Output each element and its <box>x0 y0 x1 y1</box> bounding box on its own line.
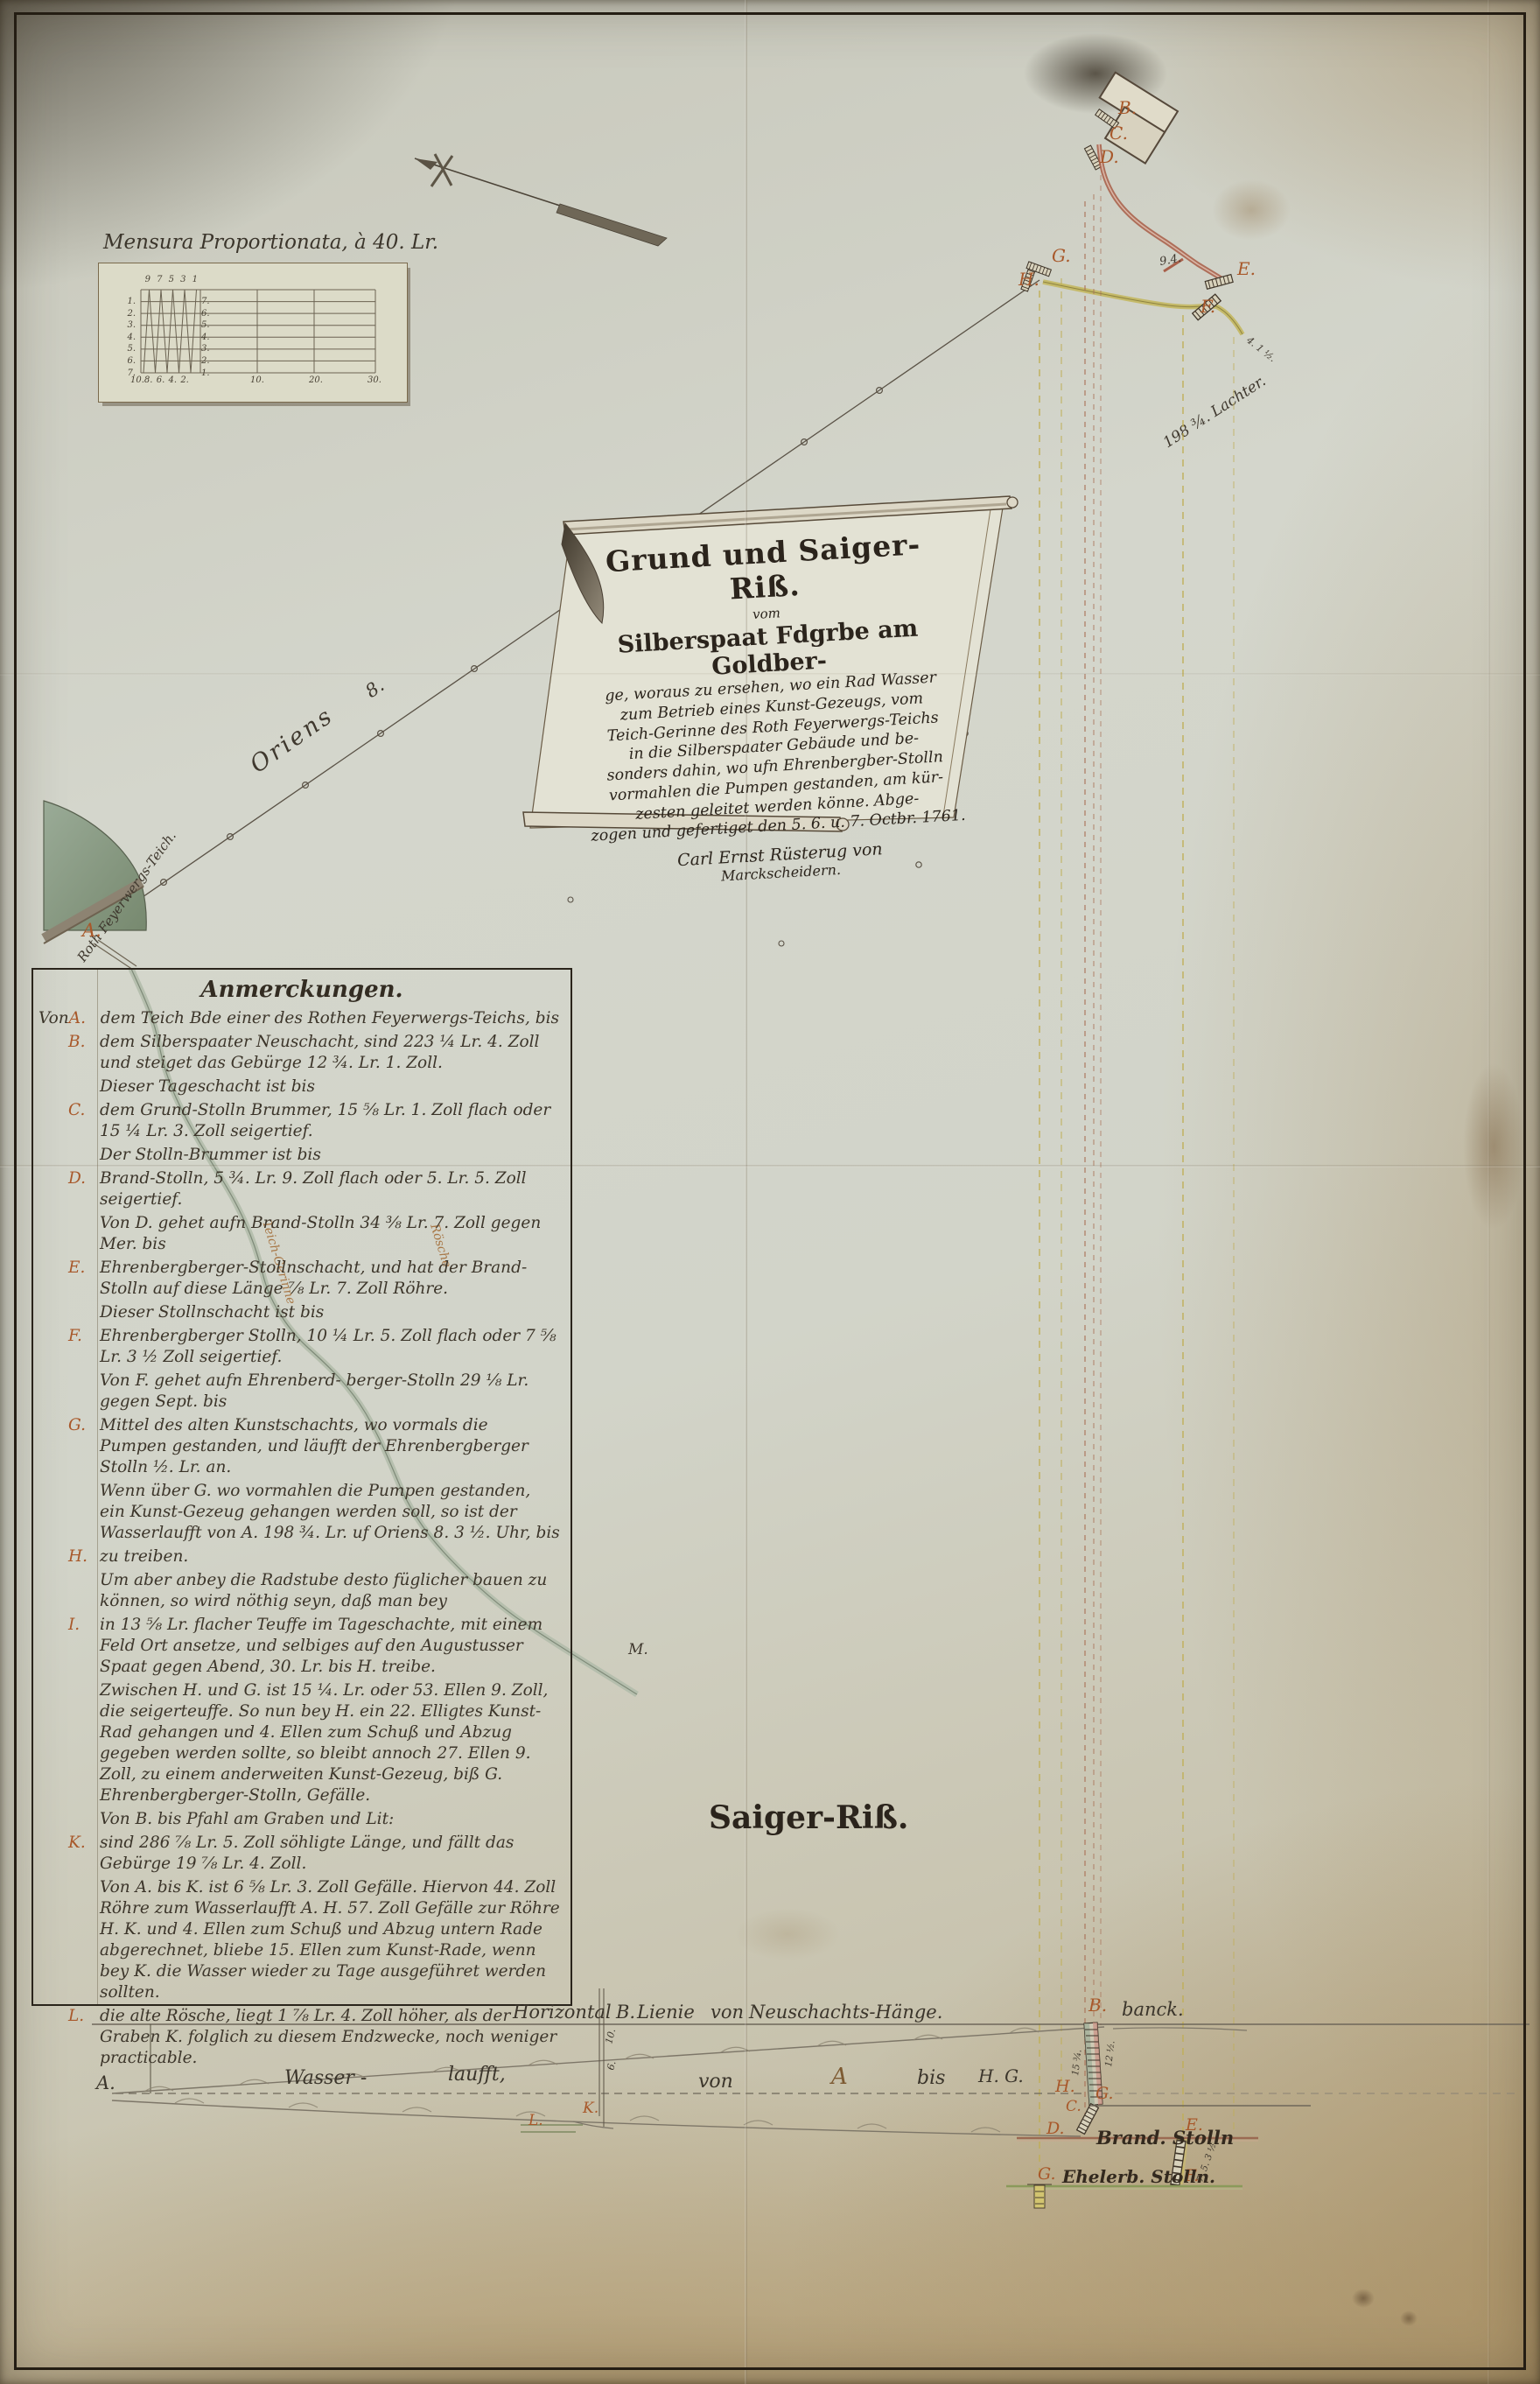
oriens-hour-label: 8. <box>361 675 388 702</box>
pond-point-a: A. <box>80 920 101 941</box>
note-letter <box>68 1213 100 1255</box>
note-prefix <box>38 1168 68 1210</box>
note-text: Von A. bis K. ist 6 ⅝ Lr. 3. Zoll Gefäll… <box>100 1877 560 2003</box>
scale-top-ticks: 97531 <box>142 275 201 284</box>
scale-tick: 2. <box>178 375 191 385</box>
scale-tick: 3. <box>201 343 215 355</box>
note-prefix <box>38 1302 68 1323</box>
note-text: Dieser Stollnschacht ist bis <box>100 1302 560 1323</box>
note-row: Von F. gehet aufn Ehrenberd- berger-Stol… <box>38 1371 560 1413</box>
note-prefix <box>38 1481 68 1544</box>
note-prefix <box>38 1076 68 1097</box>
profile-tiny-5: 6. <box>605 2059 618 2071</box>
scale-bottom-ticks-fine: 10.8.6.4.2. <box>130 375 191 385</box>
note-letter: B. <box>68 1032 100 1074</box>
note-letter <box>68 1680 100 1806</box>
note-row: D. Brand-Stolln, 5 ¾. Lr. 9. Zoll flach … <box>38 1168 560 1210</box>
notes-heading: Anmerckungen. <box>33 977 570 1003</box>
misc-circles <box>568 897 784 946</box>
horizontal-label-3: von <box>710 2002 744 2023</box>
horizontal-label-4: Neuschachts-Hänge. <box>749 2002 942 2023</box>
note-letter: H. <box>68 1546 100 1567</box>
note-prefix <box>38 1032 68 1074</box>
wasser-point-a-mid: A <box>831 2064 848 2090</box>
stain <box>1212 179 1291 241</box>
scale-tick: 4. <box>201 332 215 344</box>
note-row: Der Stolln-Brummer ist bis <box>38 1145 560 1166</box>
note-text: dem Teich Bde einer des Rothen Feyerwerg… <box>101 1008 560 1029</box>
oriens-label: Oriens <box>245 702 339 779</box>
profile-point-d: D. <box>1046 2119 1065 2138</box>
note-text: Zwischen H. und G. ist 15 ¼. Lr. oder 53… <box>100 1680 560 1806</box>
note-prefix: Von <box>38 1008 69 1029</box>
scale-tick: 7 <box>154 275 166 284</box>
note-row: Von A. bis K. ist 6 ⅝ Lr. 3. Zoll Gefäll… <box>38 1877 560 2003</box>
note-row: E. Ehrenbergberger-Stollnschacht, und ha… <box>38 1258 560 1300</box>
note-text: Von F. gehet aufn Ehrenberd- berger-Stol… <box>100 1371 560 1413</box>
scale-tick: 3. <box>127 319 136 332</box>
scale-tick: 6. <box>127 355 136 368</box>
note-letter <box>68 1570 100 1612</box>
note-row: Um aber anbey die Radstube desto füglich… <box>38 1570 560 1612</box>
note-letter: C. <box>68 1100 100 1142</box>
wasser-label-3: von <box>698 2071 733 2093</box>
note-row: H. zu treiben. <box>38 1546 560 1567</box>
plan-point-d: D. <box>1099 146 1119 167</box>
note-prefix <box>38 1546 68 1567</box>
note-text: Ehrenbergberger Stolln, 10 ¼ Lr. 5. Zoll… <box>100 1326 560 1368</box>
profile-point-b: B. <box>1088 1995 1107 2016</box>
note-row: Von A. dem Teich Bde einer des Rothen Fe… <box>38 1008 560 1029</box>
note-row: Von D. gehet aufn Brand-Stolln 34 ⅜ Lr. … <box>38 1213 560 1255</box>
profile-tiny-4: 10. <box>603 2028 618 2045</box>
note-letter: G. <box>68 1415 100 1478</box>
note-prefix <box>38 1680 68 1806</box>
note-letter <box>68 1877 100 2003</box>
note-row: I. in 13 ⅝ Lr. flacher Teuffe im Tagesch… <box>38 1615 560 1678</box>
note-prefix <box>38 1258 68 1300</box>
note-text: in 13 ⅝ Lr. flacher Teuffe im Tageschach… <box>100 1615 560 1678</box>
note-text: dem Grund-Stolln Brummer, 15 ⅝ Lr. 1. Zo… <box>100 1100 560 1142</box>
note-prefix <box>38 1213 68 1255</box>
notes-rows: Von A. dem Teich Bde einer des Rothen Fe… <box>38 1008 560 2069</box>
note-text: Dieser Tageschacht ist bis <box>100 1076 560 1097</box>
note-text: Brand-Stolln, 5 ¾. Lr. 9. Zoll flach ode… <box>100 1168 560 1210</box>
note-text: Von B. bis Pfahl am Graben und Lit: <box>100 1809 560 1830</box>
saiger-riss-title: Saiger-Riß. <box>709 1799 908 1836</box>
profile-point-k: K. <box>582 2100 598 2117</box>
scale-tick: 10. <box>130 375 143 385</box>
note-letter <box>68 1809 100 1830</box>
note-letter: K. <box>68 1833 100 1875</box>
scale-tick: 4. <box>166 375 178 385</box>
note-letter: I. <box>68 1615 100 1678</box>
scale-tick: 20. <box>305 375 326 385</box>
scale-tick: 2. <box>201 355 215 368</box>
note-row: Wenn über G. wo vormahlen die Pumpen ges… <box>38 1481 560 1544</box>
cartouche: Grund und Saiger-Riß. vom Silberspaat Fd… <box>571 525 971 892</box>
wasser-point-a-left: A. <box>96 2072 115 2093</box>
note-row: C. dem Grund-Stolln Brummer, 15 ⅝ Lr. 1.… <box>38 1100 560 1142</box>
wasser-label-1: Wasser - <box>284 2067 367 2089</box>
note-letter <box>68 1481 100 1544</box>
scale-tick: 30. <box>364 375 385 385</box>
cartouche-body: ge, woraus zu ersehen, wo ein Rad Wasser… <box>579 667 969 847</box>
profile-point-l: L. <box>528 2112 543 2129</box>
note-text: sind 286 ⅞ Lr. 5. Zoll söhligte Länge, u… <box>100 1833 560 1875</box>
scale-bar: 1.2.3.4.5.6.7. 97531 7.6.5.4.3.2.1. 10.8… <box>98 263 408 403</box>
margin-rule <box>97 970 98 2004</box>
horizontal-label-1: Horizontal <box>513 2002 612 2023</box>
fold-crease-vertical <box>745 0 747 2384</box>
note-row: B. dem Silberspaater Neuschacht, sind 22… <box>38 1032 560 1074</box>
note-row: L. die alte Rösche, liegt 1 ⅞ Lr. 4. Zol… <box>38 2006 560 2069</box>
note-text: dem Silberspaater Neuschacht, sind 223 ¼… <box>100 1032 560 1074</box>
note-prefix <box>38 1415 68 1478</box>
note-row: F. Ehrenbergberger Stolln, 10 ¼ Lr. 5. Z… <box>38 1326 560 1368</box>
profile-point-c: C. <box>1066 2098 1081 2115</box>
scale-tick: 8. <box>143 375 155 385</box>
note-row: Dieser Stollnschacht ist bis <box>38 1302 560 1323</box>
note-prefix <box>38 1570 68 1612</box>
plan-point-e: E. <box>1236 258 1256 279</box>
horizontal-label-banck: banck. <box>1122 1999 1184 2020</box>
plan-tiny-label: 4. 1 ½. <box>1243 334 1277 365</box>
plan-point-f: F. <box>1200 296 1215 317</box>
plumb-lines <box>1039 175 1234 2181</box>
note-text: Ehrenbergberger-Stollnschacht, und hat d… <box>100 1258 560 1300</box>
stream-point-m: M. <box>627 1641 648 1658</box>
note-row: G. Mittel des alten Kunstschachts, wo vo… <box>38 1415 560 1478</box>
note-letter <box>68 1145 100 1166</box>
ehrenberger-stolln-label: Ehelerb. Stolln. <box>1061 2166 1215 2187</box>
scale-tick: 3 <box>178 275 190 284</box>
compass-needle-icon <box>415 154 667 246</box>
note-row: K. sind 286 ⅞ Lr. 5. Zoll söhligte Länge… <box>38 1833 560 1875</box>
anmerckungen-box: Anmerckungen. Von A. dem Teich Bde einer… <box>31 968 572 2006</box>
note-prefix <box>38 1809 68 1830</box>
stain <box>735 1908 840 1960</box>
profile-tiny-2: 12 ½. <box>1103 2040 1117 2067</box>
note-prefix <box>38 2006 68 2069</box>
scale-tick: 7. <box>201 296 215 308</box>
scale-tick: 1. <box>127 296 136 308</box>
scale-title: Mensura Proportionata, à 40. Lr. <box>103 231 438 254</box>
note-letter: L. <box>68 2006 100 2069</box>
scale-tick: 9 <box>142 275 154 284</box>
note-text: Um aber anbey die Radstube desto füglich… <box>100 1570 560 1612</box>
scale-tick: 5. <box>127 343 136 355</box>
plan-point-g: G. <box>1052 245 1071 266</box>
scale-tick: 4. <box>127 332 136 344</box>
scale-tick: 2. <box>127 308 136 320</box>
scale-bottom-ticks-coarse: 10.20.30. <box>247 375 385 385</box>
note-letter: A. <box>69 1008 101 1029</box>
profile-point-g: G. <box>1095 2084 1114 2103</box>
note-prefix <box>38 1100 68 1142</box>
scale-mid-ticks: 7.6.5.4.3.2.1. <box>201 296 215 379</box>
stain <box>1352 2289 1375 2308</box>
map-sheet: Oriens 8. 198 ¾. Lachter. Roth Feyerwerg… <box>0 0 1540 2384</box>
scale-left-ticks: 1.2.3.4.5.6.7. <box>118 296 136 379</box>
profile-tiny-1: 15 ¾. <box>1070 2049 1084 2076</box>
scale-tick: 6. <box>155 375 167 385</box>
stain <box>1463 1063 1524 1230</box>
note-letter <box>68 1076 100 1097</box>
note-text: Von D. gehet aufn Brand-Stolln 34 ⅜ Lr. … <box>100 1213 560 1255</box>
scale-tick: 5. <box>201 319 215 332</box>
note-prefix <box>38 1371 68 1413</box>
note-text: Mittel des alten Kunstschachts, wo vorma… <box>100 1415 560 1478</box>
plan-point-h: H. <box>1018 269 1039 290</box>
note-letter: D. <box>68 1168 100 1210</box>
note-letter: F. <box>68 1326 100 1368</box>
lachter-label: 198 ¾. Lachter. <box>1160 373 1270 452</box>
note-prefix <box>38 1615 68 1678</box>
plan-fork-label: 9.4. <box>1158 252 1182 269</box>
note-prefix <box>38 1833 68 1875</box>
profile-point-g2: G. <box>1038 2164 1056 2184</box>
wasser-label-4: bis <box>917 2067 945 2089</box>
note-prefix <box>38 1145 68 1166</box>
profile-point-h: H. <box>1054 2077 1075 2096</box>
wasser-point-hg: H. G. <box>978 2065 1024 2086</box>
scale-tick: 5 <box>165 275 178 284</box>
note-letter <box>68 1371 100 1413</box>
note-prefix <box>38 1326 68 1368</box>
horizontal-label-2: Lienie <box>637 2002 695 2023</box>
stain <box>1400 2310 1417 2326</box>
note-text: die alte Rösche, liegt 1 ⅞ Lr. 4. Zoll h… <box>100 2006 560 2069</box>
note-prefix <box>38 1877 68 2003</box>
note-letter <box>68 1302 100 1323</box>
wasser-label-2: laufft, <box>448 2064 506 2086</box>
plan-point-b: B. <box>1117 97 1137 118</box>
note-row: Von B. bis Pfahl am Graben und Lit: <box>38 1809 560 1830</box>
horizontal-point-b: B. <box>616 2002 635 2023</box>
note-row: Dieser Tageschacht ist bis <box>38 1076 560 1097</box>
note-row: Zwischen H. und G. ist 15 ¼. Lr. oder 53… <box>38 1680 560 1806</box>
scale-tick: 1 <box>189 275 201 284</box>
note-text: zu treiben. <box>100 1546 560 1567</box>
scale-tick: 1. <box>201 368 215 380</box>
note-text: Der Stolln-Brummer ist bis <box>100 1145 560 1166</box>
fold-crease-vertical <box>1487 0 1490 2384</box>
note-letter: E. <box>68 1258 100 1300</box>
scale-tick: 6. <box>201 308 215 320</box>
note-text: Wenn über G. wo vormahlen die Pumpen ges… <box>100 1481 560 1544</box>
plan-point-c: C. <box>1109 123 1128 144</box>
scale-tick: 10. <box>247 375 268 385</box>
